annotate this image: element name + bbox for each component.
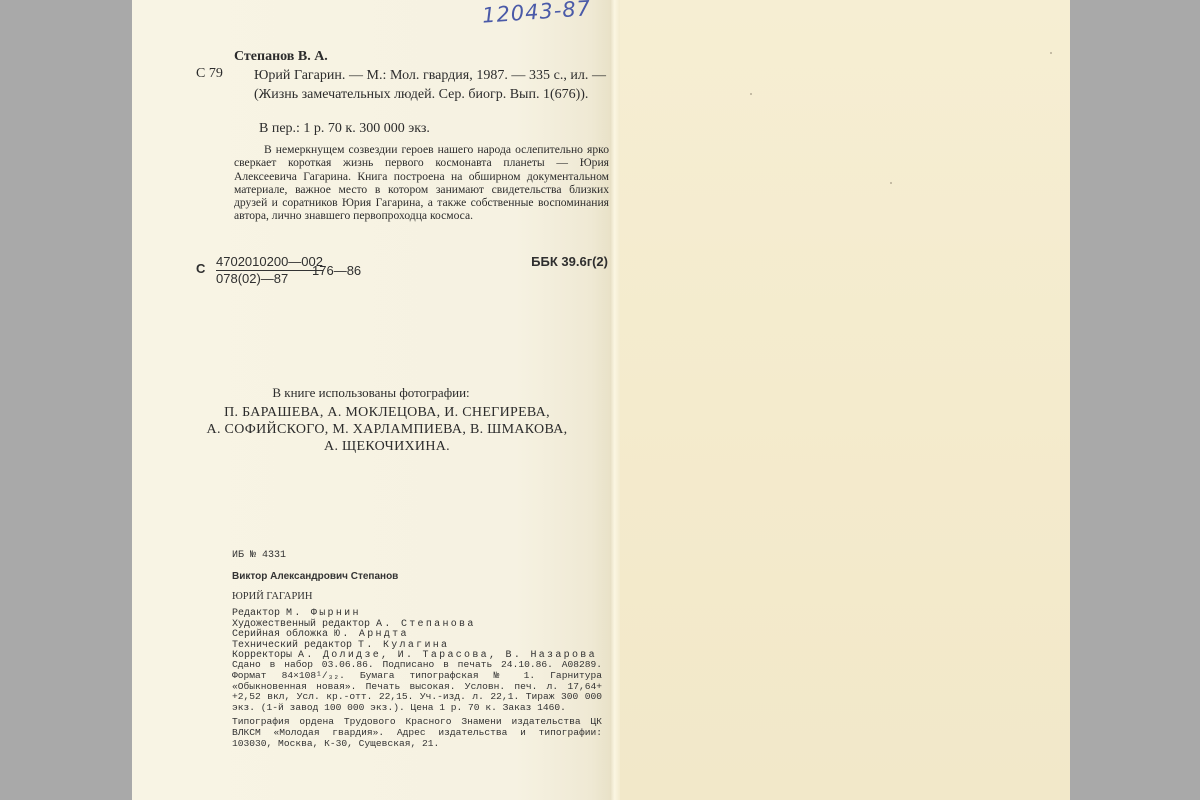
- photographers-line: П. БАРАШЕВА, А. МОКЛЕЦОВА, И. СНЕГИРЕВА,: [182, 404, 592, 421]
- bbk-code: ББК 39.6г(2): [531, 254, 608, 269]
- paper-speck: [890, 182, 892, 184]
- credit-name: Т. Кулагина: [358, 640, 449, 651]
- printer-address: Типография ордена Трудового Красного Зна…: [232, 717, 602, 749]
- credit-role: Художественный редактор: [232, 619, 370, 630]
- catalog-suffix: 176—86: [312, 263, 361, 278]
- ib-number: ИБ № 4331: [232, 550, 286, 561]
- book-fold: [610, 0, 620, 800]
- catalog-numerator: 4702010200—002: [216, 254, 323, 271]
- credit-role: Редактор: [232, 608, 280, 619]
- book-annotation: В немеркнущем созвездии героев нашего на…: [234, 143, 609, 223]
- catalog-fraction: 4702010200—002 078(02)—87: [216, 254, 323, 271]
- photographers-line: А. ЩЕКОЧИХИНА.: [182, 438, 592, 455]
- paper-speck: [750, 93, 752, 95]
- photographers-list: П. БАРАШЕВА, А. МОКЛЕЦОВА, И. СНЕГИРЕВА,…: [182, 404, 592, 455]
- print-imprint: Сдано в набор 03.06.86. Подписано в печа…: [232, 660, 602, 714]
- credit-name: Ю. Арндта: [334, 629, 409, 640]
- right-page: [620, 0, 1070, 800]
- price-line: В пер.: 1 р. 70 к. 300 000 экз.: [259, 121, 430, 137]
- credit-role: Серийная обложка: [232, 629, 328, 640]
- book-title: ЮРИЙ ГАГАРИН: [232, 591, 312, 602]
- full-author-name: Виктор Александрович Степанов: [232, 571, 398, 582]
- credit-name: М. Фырнин: [286, 608, 361, 619]
- catalog-denominator: 078(02)—87: [216, 271, 288, 286]
- author-heading: Степанов В. А.: [234, 49, 328, 65]
- book-scan: 12043-87 Степанов В. А. С 79 Юрий Гагари…: [132, 0, 1070, 800]
- classification-code: С 79: [196, 66, 223, 82]
- catalog-letter: С: [196, 261, 205, 276]
- photographers-line: А. СОФИЙСКОГО, М. ХАРЛАМПИЕВА, В. ШМАКОВ…: [182, 421, 592, 438]
- credit-role: Технический редактор: [232, 640, 352, 651]
- handwritten-inventory-number: 12043-87: [481, 0, 592, 28]
- photos-intro: В книге использованы фотографии:: [132, 385, 610, 401]
- credits: Редактор М. ФырнинХудожественный редакто…: [232, 609, 597, 662]
- paper-speck: [1050, 52, 1052, 54]
- left-page: 12043-87 Степанов В. А. С 79 Юрий Гагари…: [132, 0, 610, 800]
- credit-name: А. Степанова: [376, 619, 476, 630]
- catalog-index: С 4702010200—002 078(02)—87 176—86 ББК 3…: [196, 254, 610, 284]
- bibliographic-entry: Юрий Гагарин. — М.: Мол. гвардия, 1987. …: [254, 66, 606, 104]
